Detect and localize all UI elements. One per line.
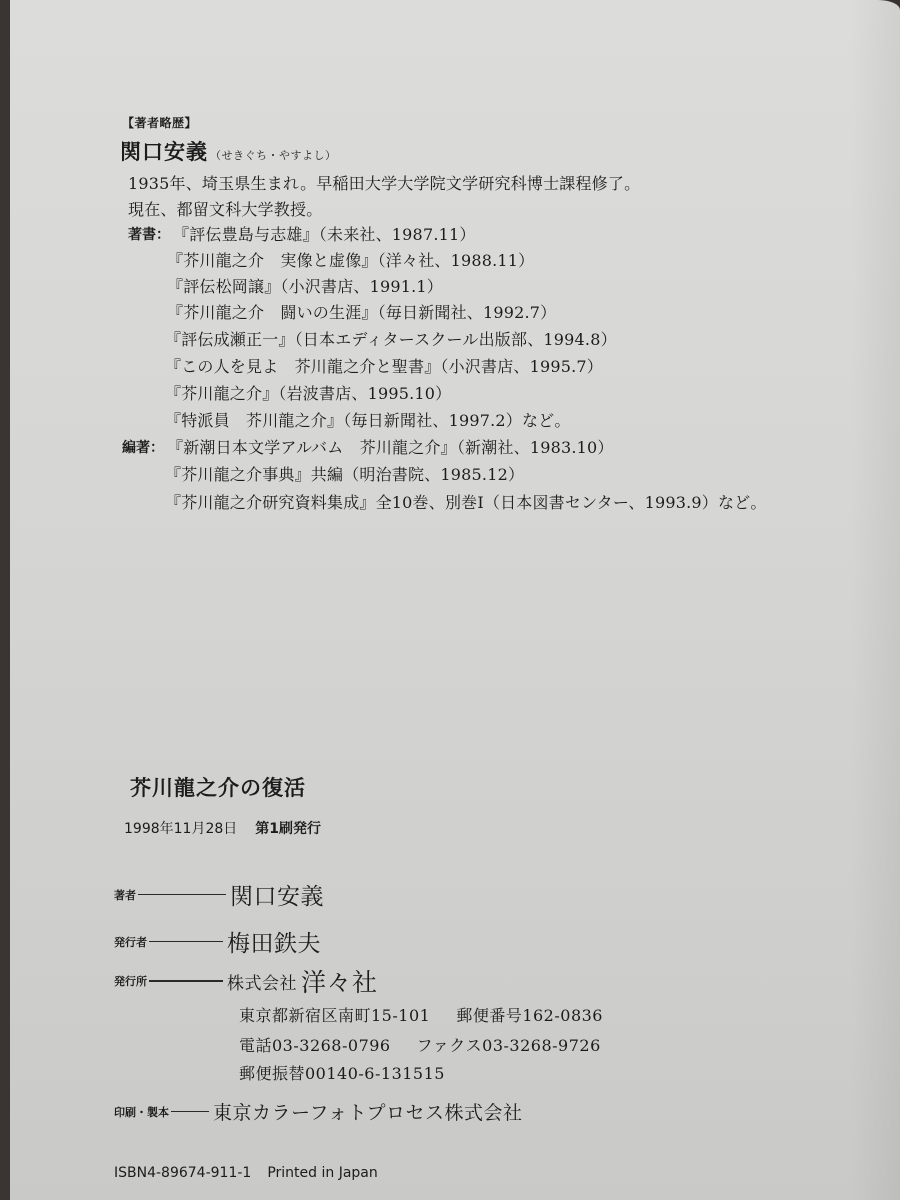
author-name: 関口安義: [120, 139, 208, 164]
leader-dash: [149, 980, 223, 981]
authored-work-item: 『評伝松岡譲』（小沢書店、1991.1）: [167, 274, 443, 297]
credit-label: 印刷・製本: [114, 1104, 169, 1120]
credit-publishing-house: 発行所 株式会社 洋々社: [114, 963, 378, 999]
edited-works-label: 編著：: [122, 437, 164, 457]
credit-publisher-person: 発行者 梅田鉄夫: [114, 925, 321, 958]
credit-label: 発行所: [114, 973, 147, 989]
credit-value: 東京カラーフォトプロセス株式会社: [213, 1098, 523, 1125]
publisher-name: 洋々社: [301, 963, 378, 999]
bio-line-position: 現在、都留文科大学教授。: [128, 197, 322, 220]
authored-work-item: 『芥川龍之介 闘いの生涯』（毎日新聞社、1992.7）: [167, 300, 556, 323]
authored-work-item: 『評伝成瀬正一』（日本エディタースクール出版部、1994.8）: [165, 327, 617, 350]
publisher-phone: 電話03-3268-0796: [239, 1036, 391, 1055]
credit-value-prefix: 株式会社: [227, 969, 297, 994]
leader-dash: [138, 894, 226, 895]
credit-label: 発行者: [114, 934, 147, 950]
authored-work-item: 『芥川龍之介 実像と虚像』（洋々社、1988.11）: [167, 248, 534, 271]
publisher-address-line: 東京都新宿区南町15-101郵便番号162-0836: [239, 1003, 603, 1026]
book-colophon-page: 【著者略歴】 関口安義（せきぐち・やすよし） 1935年、埼玉県生まれ。早稲田大…: [10, 0, 900, 1200]
edited-work-item: 『芥川龍之介事典』共編（明治書院、1985.12）: [165, 462, 524, 485]
authored-works-label: 著書：: [128, 224, 170, 244]
authored-work-item: 『この人を見よ 芥川龍之介と聖書』（小沢書店、1995.7）: [165, 354, 603, 377]
printed-in: Printed in Japan: [267, 1165, 377, 1181]
authored-work-item: 『芥川龍之介』（岩波書店、1995.10）: [165, 381, 451, 404]
edition: 第1刷発行: [255, 821, 321, 837]
credit-label: 著者: [114, 887, 136, 903]
edited-work-item: 『芥川龍之介研究資料集成』全10巻、別巻Ⅰ（日本図書センター、1993.9）など…: [165, 490, 767, 513]
authored-work-item: 『評伝豊島与志雄』（未来社、1987.11）: [173, 222, 476, 245]
isbn: ISBN4-89674-911-1: [114, 1165, 251, 1181]
leader-dash: [149, 941, 223, 942]
publisher-postal-code: 郵便番号162-0836: [456, 1006, 603, 1025]
publisher-address: 東京都新宿区南町15-101: [239, 1006, 430, 1025]
publisher-fax: ファクス03-3268-9726: [417, 1036, 601, 1055]
publisher-contact-line: 電話03-3268-0796ファクス03-3268-9726: [239, 1033, 601, 1056]
book-title: 芥川龍之介の復活: [130, 772, 306, 802]
author-name-reading: （せきぐち・やすよし）: [210, 149, 337, 162]
credit-author: 著者 関口安義: [114, 878, 324, 911]
author-name-row: 関口安義（せきぐち・やすよし）: [120, 136, 337, 166]
credit-printing-binding: 印刷・製本 東京カラーフォトプロセス株式会社: [114, 1098, 523, 1125]
authored-work-item: 『特派員 芥川龍之介』（毎日新聞社、1997.2）など。: [165, 408, 571, 431]
edited-work-item: 『新潮日本文学アルバム 芥川龍之介』（新潮社、1983.10）: [167, 435, 614, 458]
publication-date-line: 1998年11月28日第1刷発行: [124, 818, 321, 838]
bio-line-birth-education: 1935年、埼玉県生まれ。早稲田大学大学院文学研究科博士課程修了。: [128, 171, 640, 194]
publication-date: 1998年11月28日: [124, 821, 237, 837]
leader-dash: [171, 1111, 209, 1112]
credit-value: 関口安義: [230, 878, 324, 911]
bio-heading: 【著者略歴】: [122, 114, 197, 131]
credit-value: 梅田鉄夫: [227, 925, 321, 958]
isbn-line: ISBN4-89674-911-1Printed in Japan: [114, 1165, 378, 1181]
publisher-postal-transfer: 郵便振替00140-6-131515: [239, 1061, 445, 1084]
